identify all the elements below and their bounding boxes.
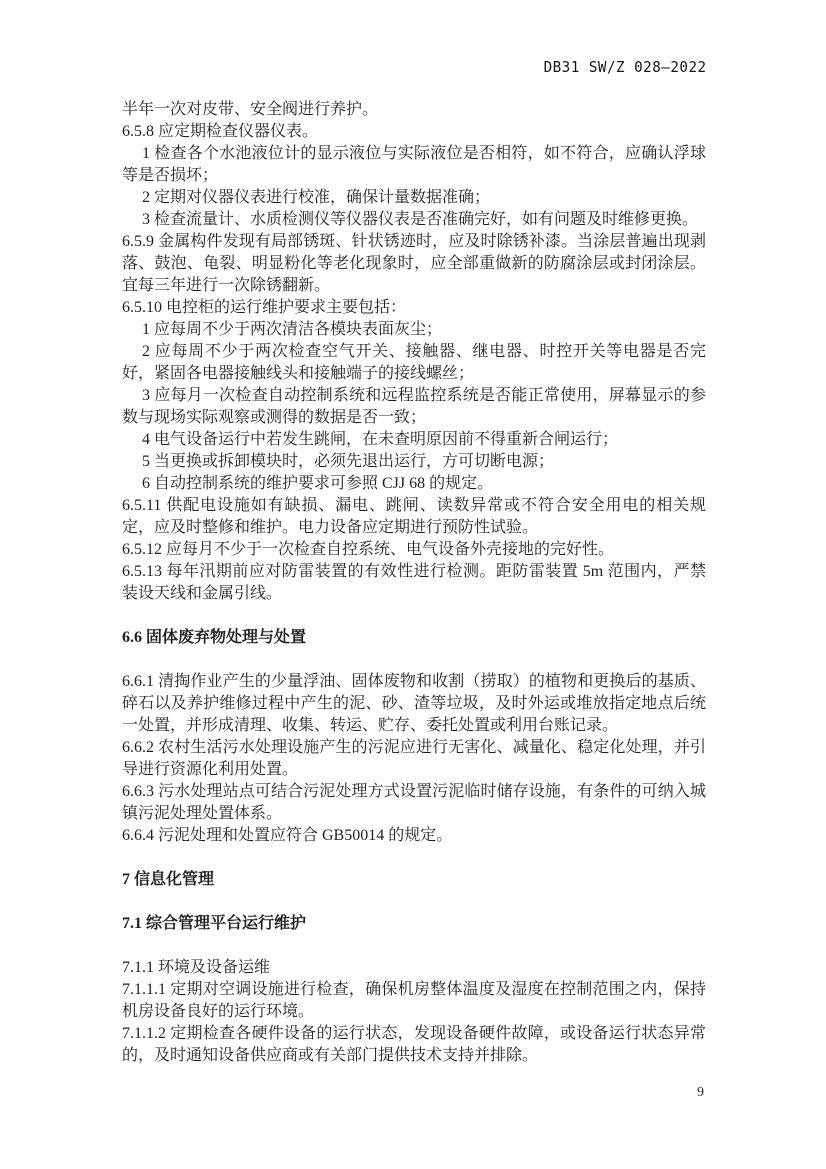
para-continued-belt-valve-maintenance: 半年一次对皮带、安全阀进行养护。 <box>122 99 706 121</box>
clause-6-5-11: 6.5.11 供配电设施如有缺损、漏电、跳闸、读数异常或不符合安全用电的相关规定… <box>122 495 706 539</box>
standard-code-header: DB31 SW/Z 028—2022 <box>544 58 707 76</box>
clause-6-5-8: 6.5.8 应定期检查仪器仪表。 <box>122 121 706 143</box>
clause-6-5-13: 6.5.13 每年汛期前应对防雷装置的有效性进行检测。距防雷装置 5m 范围内，… <box>122 561 706 605</box>
clause-6-6-1: 6.6.1 清掏作业产生的少量浮油、固体废物和收割（捞取）的植物和更换后的基质、… <box>122 671 706 737</box>
clause-7-1-1-2: 7.1.1.2 定期检查各硬件设备的运行状态，发现设备硬件故障，或设备运行状态异… <box>122 1023 706 1067</box>
clause-6-5-10-item-1: 1 应每周不少于两次清洁各模块表面灰尘； <box>122 319 706 341</box>
heading-7-information-management: 7 信息化管理 <box>122 869 706 891</box>
clause-6-5-8-item-1: 1 检查各个水池液位计的显示液位与实际液位是否相符，如不符合，应确认浮球等是否损… <box>122 143 706 187</box>
clause-6-5-10-item-3: 3 应每月一次检查自动控制系统和远程监控系统是否能正常使用，屏幕显示的参数与现场… <box>122 385 706 429</box>
clause-6-5-9: 6.5.9 金属构件发现有局部锈斑、针状锈迹时，应及时除锈补漆。当涂层普遍出现剥… <box>122 231 706 297</box>
page-number: 9 <box>697 1085 704 1101</box>
clause-6-5-10-item-4: 4 电气设备运行中若发生跳闸，在未查明原因前不得重新合闸运行； <box>122 429 706 451</box>
clause-6-6-4: 6.6.4 污泥处理和处置应符合 GB50014 的规定。 <box>122 825 706 847</box>
clause-6-5-10-item-5: 5 当更换或拆卸模块时，必须先退出运行，方可切断电源； <box>122 451 706 473</box>
clause-7-1-1-1: 7.1.1.1 定期对空调设施进行检查，确保机房整体温度及湿度在控制范围之内，保… <box>122 979 706 1023</box>
heading-7-1-platform-maintenance: 7.1 综合管理平台运行维护 <box>122 913 706 935</box>
clause-6-5-8-item-3: 3 检查流量计、水质检测仪等仪器仪表是否准确完好，如有问题及时维修更换。 <box>122 209 706 231</box>
heading-6-6-solid-waste: 6.6 固体废弃物处理与处置 <box>122 627 706 649</box>
clause-7-1-1: 7.1.1 环境及设备运维 <box>122 957 706 979</box>
document-page: DB31 SW/Z 028—2022 半年一次对皮带、安全阀进行养护。 6.5.… <box>0 0 826 1169</box>
clause-6-5-10-item-2: 2 应每周不少于两次检查空气开关、接触器、继电器、时控开关等电器是否完好，紧固各… <box>122 341 706 385</box>
clause-6-6-3: 6.6.3 污水处理站点可结合污泥处理方式设置污泥临时储存设施，有条件的可纳入城… <box>122 781 706 825</box>
clause-6-5-10: 6.5.10 电控柜的运行维护要求主要包括： <box>122 297 706 319</box>
clause-6-6-2: 6.6.2 农村生活污水处理设施产生的污泥应进行无害化、减量化、稳定化处理，并引… <box>122 737 706 781</box>
clause-6-5-10-item-6: 6 自动控制系统的维护要求可参照 CJJ 68 的规定。 <box>122 473 706 495</box>
clause-6-5-8-item-2: 2 定期对仪器仪表进行校准，确保计量数据准确； <box>122 187 706 209</box>
document-body: 半年一次对皮带、安全阀进行养护。 6.5.8 应定期检查仪器仪表。 1 检查各个… <box>122 99 706 1067</box>
clause-6-5-12: 6.5.12 应每月不少于一次检查自控系统、电气设备外壳接地的完好性。 <box>122 539 706 561</box>
